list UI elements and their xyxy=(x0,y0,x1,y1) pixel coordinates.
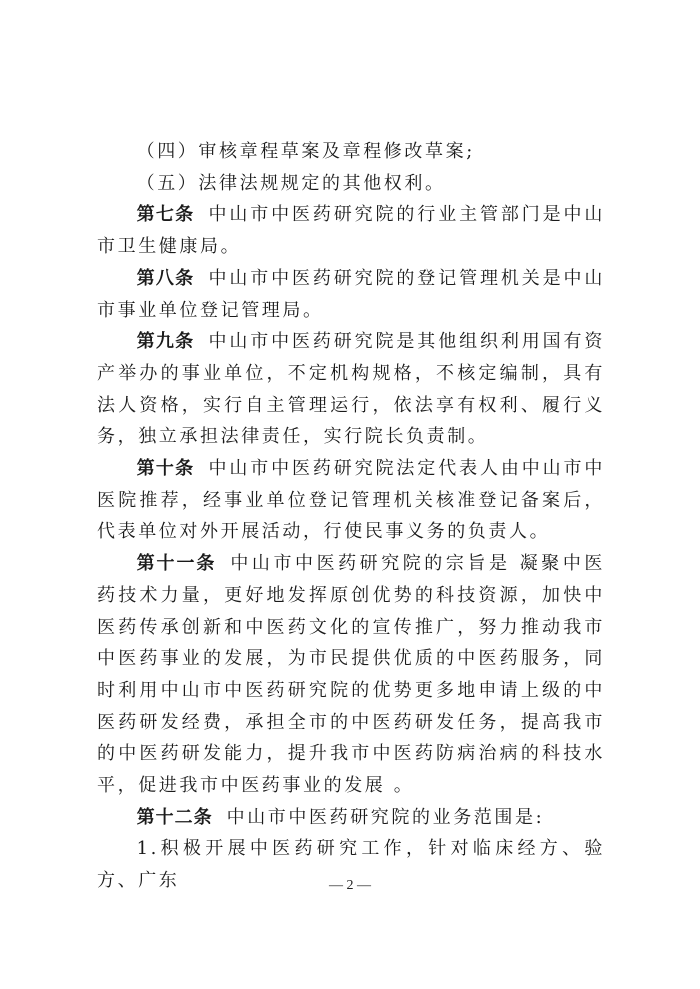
article-number: 第十条 xyxy=(137,458,195,479)
article-7: 第七条中山市中医药研究院的行业主管部门是中山市卫生健康局。 xyxy=(97,199,605,262)
article-number: 第八条 xyxy=(137,268,195,289)
article-11: 第十一条中山市中医药研究院的宗旨是 凝聚中医药技术力量，更好地发挥原创优势的科技… xyxy=(97,548,605,802)
document-page: （四）审核章程草案及章程修改草案; （五）法律法规规定的其他权利。 第七条中山市… xyxy=(0,0,700,989)
paragraph-item-5: （五）法律法规规定的其他权利。 xyxy=(97,168,605,200)
article-10: 第十条中山市中医药研究院法定代表人由中山市中医院推荐，经事业单位登记管理机关核准… xyxy=(97,453,605,548)
article-text: 中山市中医药研究院的业务范围是: xyxy=(227,807,545,828)
article-12: 第十二条中山市中医药研究院的业务范围是: xyxy=(97,802,605,834)
article-9: 第九条中山市中医药研究院是其他组织利用国有资产举办的事业单位，不定机构规格，不核… xyxy=(97,326,605,453)
paragraph-item-4: （四）审核章程草案及章程修改草案; xyxy=(97,136,605,168)
article-text: 中山市中医药研究院的宗旨是 凝聚中医药技术力量，更好地发挥原创优势的科技资源，加… xyxy=(97,553,605,796)
article-number: 第十一条 xyxy=(137,553,217,574)
article-8: 第八条中山市中医药研究院的登记管理机关是中山市事业单位登记管理局。 xyxy=(97,263,605,326)
document-body: （四）审核章程草案及章程修改草案; （五）法律法规规定的其他权利。 第七条中山市… xyxy=(97,136,605,897)
paragraph-text: （四）审核章程草案及章程修改草案; xyxy=(137,141,475,162)
paragraph-text: （五）法律法规规定的其他权利。 xyxy=(137,173,446,194)
article-number: 第七条 xyxy=(137,204,195,225)
article-number: 第十二条 xyxy=(137,807,213,828)
article-number: 第九条 xyxy=(137,331,195,352)
page-number: — 2 — xyxy=(0,878,700,894)
